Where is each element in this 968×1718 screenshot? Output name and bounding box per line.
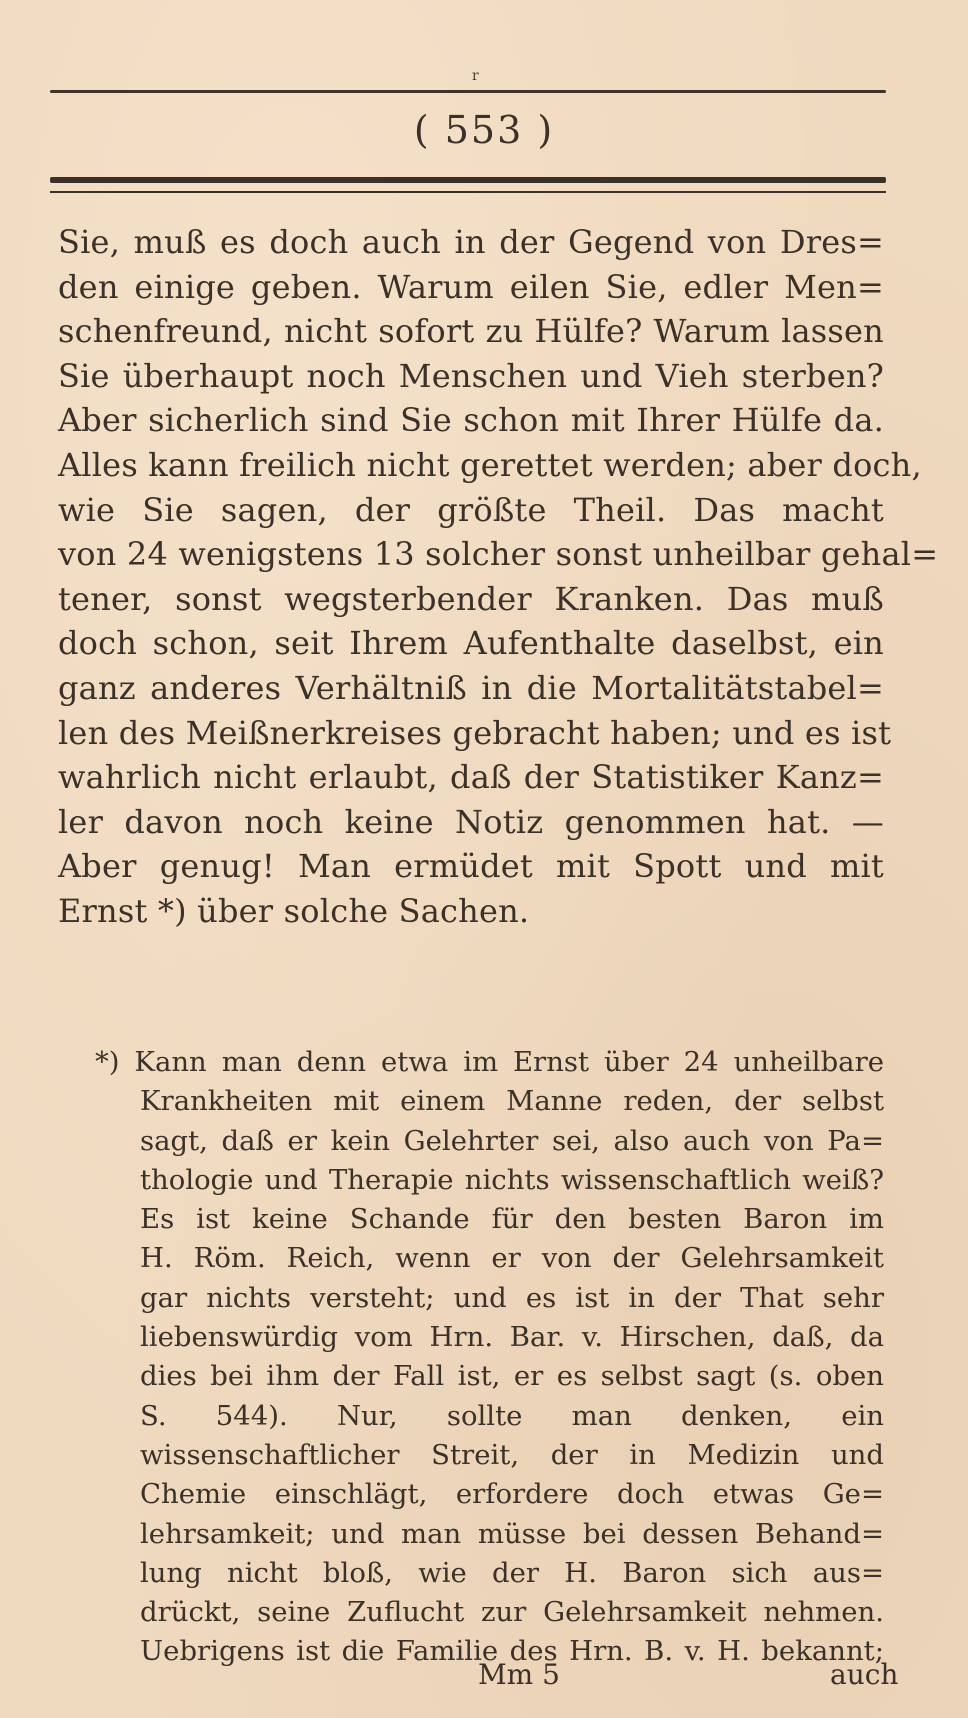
footnote-line: Kann man denn etwa im Ernst über 24 unhe… bbox=[134, 1046, 884, 1078]
text-line: tener, sonst wegsterbender Kranken. Das … bbox=[58, 577, 884, 622]
footnote-first-line: *) Kann man denn etwa im Ernst über 24 u… bbox=[95, 1043, 884, 1082]
footnote-line: drückt, seine Zuflucht zur Gelehrsamkeit… bbox=[100, 1593, 884, 1632]
text-line: Sie überhaupt noch Menschen und Vieh ste… bbox=[58, 354, 884, 399]
text-line: Alles kann freilich nicht gerettet werde… bbox=[58, 443, 884, 488]
footnote-line: sagt, daß er kein Gelehrter sei, also au… bbox=[100, 1122, 884, 1161]
text-line: ganz anderes Verhältniß in die Mortalitä… bbox=[58, 666, 884, 711]
footnote-line: Es ist keine Schande für den besten Baro… bbox=[100, 1200, 884, 1239]
header-rule bbox=[50, 90, 886, 93]
footnote-line: gar nichts versteht; und es ist in der T… bbox=[100, 1279, 884, 1318]
footnote-line: Krankheiten mit einem Manne reden, der s… bbox=[100, 1082, 884, 1121]
top-mark: r bbox=[472, 68, 479, 84]
book-page: r ( 553 ) Sie, muß es doch auch in der G… bbox=[0, 0, 968, 1718]
text-line: Sie, muß es doch auch in der Gegend von … bbox=[58, 220, 884, 265]
footnote-line: lehrsamkeit; und man müsse bei dessen Be… bbox=[100, 1515, 884, 1554]
text-line: ler davon noch keine Notiz genommen hat.… bbox=[58, 800, 884, 845]
text-line: Ernst *) über solche Sachen. bbox=[58, 889, 884, 934]
page-number: ( 553 ) bbox=[0, 108, 968, 152]
footnote-line: thologie und Therapie nichts wissenschaf… bbox=[100, 1161, 884, 1200]
footnote-line: lung nicht bloß, wie der H. Baron sich a… bbox=[100, 1554, 884, 1593]
footnote-marker: *) bbox=[95, 1046, 119, 1078]
text-line: von 24 wenigstens 13 solcher sonst unhei… bbox=[58, 532, 884, 577]
header-double-rule-thick bbox=[50, 177, 886, 183]
text-line: doch schon, seit Ihrem Aufenthalte dasel… bbox=[58, 621, 884, 666]
footnote-line: wissenschaftlicher Streit, der in Medizi… bbox=[100, 1436, 884, 1475]
footnote-line: liebenswürdig vom Hrn. Bar. v. Hirschen,… bbox=[100, 1318, 884, 1357]
text-line: schenfreund, nicht sofort zu Hülfe? Waru… bbox=[58, 309, 884, 354]
footnote-line: H. Röm. Reich, wenn er von der Gelehrsam… bbox=[100, 1239, 884, 1278]
text-line: wahrlich nicht erlaubt, daß der Statisti… bbox=[58, 755, 884, 800]
header-double-rule-thin bbox=[50, 191, 886, 193]
text-line: Aber genug! Man ermüdet mit Spott und mi… bbox=[58, 844, 884, 889]
footnote-line: S. 544). Nur, sollte man denken, ein bbox=[100, 1397, 884, 1436]
text-line: Aber sicherlich sind Sie schon mit Ihrer… bbox=[58, 398, 884, 443]
text-line: len des Meißnerkreises gebracht haben; u… bbox=[58, 711, 884, 756]
footnote: *) Kann man denn etwa im Ernst über 24 u… bbox=[100, 1043, 884, 1672]
text-line: den einige geben. Warum eilen Sie, edler… bbox=[58, 265, 884, 310]
printer-signature: Mm 5 bbox=[478, 1658, 560, 1691]
footnote-line: dies bei ihm der Fall ist, er es selbst … bbox=[100, 1357, 884, 1396]
main-text: Sie, muß es doch auch in der Gegend von … bbox=[58, 220, 884, 934]
text-line: wie Sie sagen, der größte Theil. Das mac… bbox=[58, 488, 884, 533]
footnote-line: Chemie einschlägt, erfordere doch etwas … bbox=[100, 1475, 884, 1514]
catchword: auch bbox=[830, 1658, 898, 1691]
